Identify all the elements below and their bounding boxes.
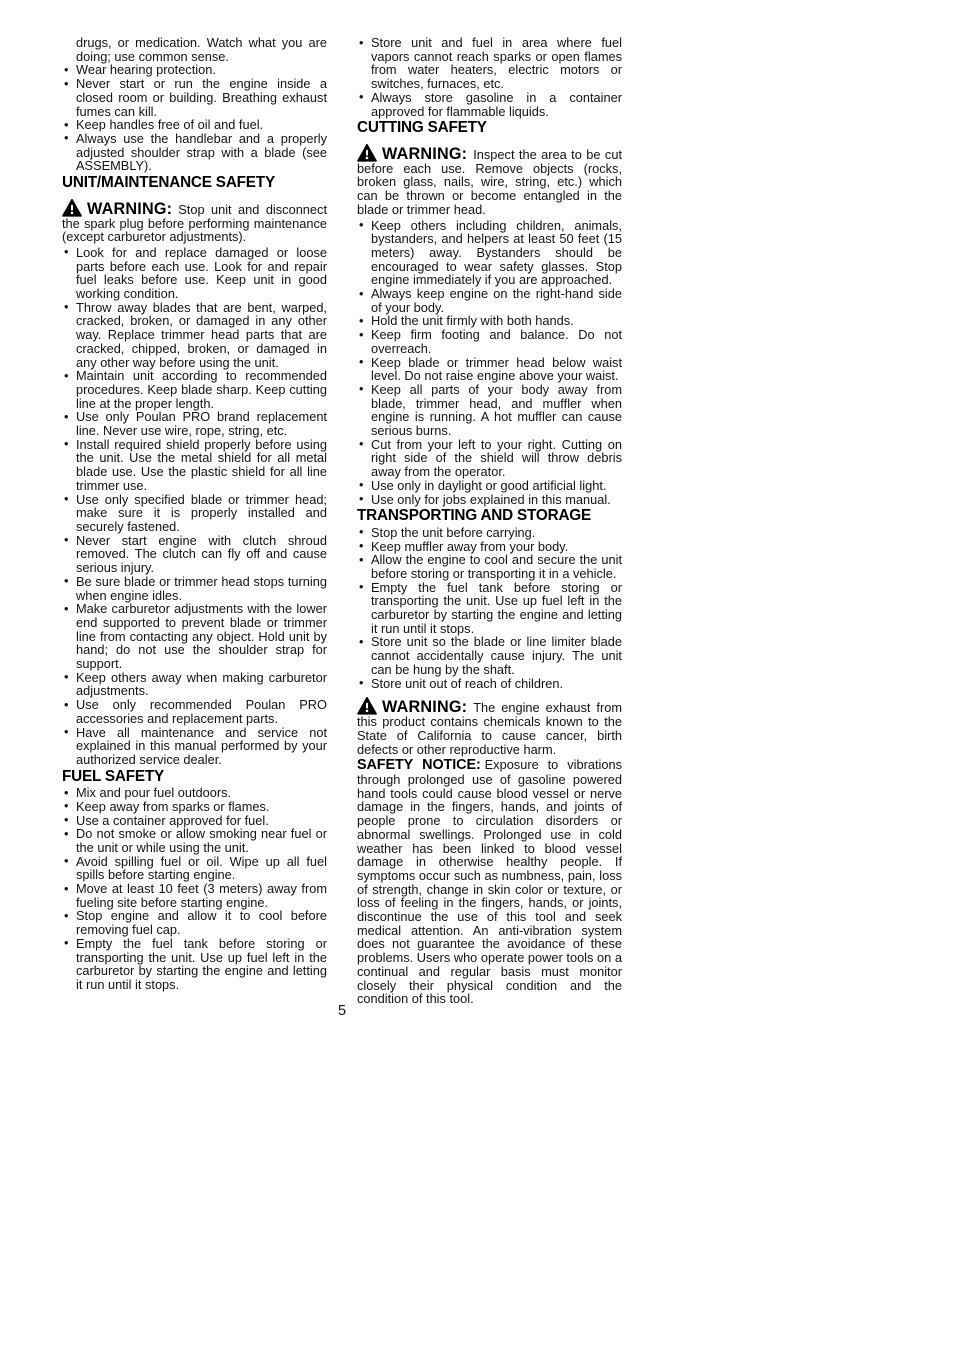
bullet-item: Keep muffler away from your body. bbox=[357, 540, 622, 554]
bullet-item: Hold the unit firmly with both hands. bbox=[357, 314, 622, 328]
warning-triangle-icon bbox=[357, 144, 382, 162]
bullet-item: Look for and replace damaged or loose pa… bbox=[62, 246, 327, 301]
bullet-item: Store unit so the blade or line limiter … bbox=[357, 635, 622, 676]
warning-block: WARNING:Inspect the area to be cut befor… bbox=[357, 144, 622, 217]
right-column: Store unit and fuel in area where fuel v… bbox=[357, 36, 622, 1006]
bullet-item: Always store gasoline in a container app… bbox=[357, 91, 622, 118]
section-heading: TRANSPORTING AND STORAGE bbox=[357, 508, 622, 525]
bullet-item: Keep all parts of your body away from bl… bbox=[357, 383, 622, 438]
section-heading: FUEL SAFETY bbox=[62, 769, 327, 786]
safety-notice-block: SAFETY NOTICE:Exposure to vibrations thr… bbox=[357, 758, 622, 1006]
safety-notice-label: SAFETY NOTICE: bbox=[357, 757, 481, 773]
bullet-item: Always use the handlebar and a properly … bbox=[62, 132, 327, 173]
bullet-item: Use only recommended Poulan PRO accessor… bbox=[62, 698, 327, 725]
warning-triangle-icon bbox=[357, 697, 382, 715]
bullet-item: Cut from your left to your right. Cuttin… bbox=[357, 438, 622, 479]
continuation-paragraph: drugs, or medication. Watch what you are… bbox=[62, 36, 327, 63]
bullet-item: Throw away blades that are bent, warped,… bbox=[62, 301, 327, 370]
bullet-item: Use a container approved for fuel. bbox=[62, 814, 327, 828]
bullet-item: Use only Poulan PRO brand replacement li… bbox=[62, 410, 327, 437]
manual-page-content: drugs, or medication. Watch what you are… bbox=[62, 36, 622, 1006]
safety-notice-text: Exposure to vibrations through prolonged… bbox=[357, 757, 622, 1006]
bullet-item: Always keep engine on the right-hand sid… bbox=[357, 287, 622, 314]
bullet-item: Use only for jobs explained in this manu… bbox=[357, 493, 622, 507]
bullet-item: Mix and pour fuel outdoors. bbox=[62, 786, 327, 800]
bullet-item: Empty the fuel tank before storing or tr… bbox=[62, 937, 327, 992]
bullet-item: Allow the engine to cool and secure the … bbox=[357, 553, 622, 580]
bullet-item: Avoid spilling fuel or oil. Wipe up all … bbox=[62, 855, 327, 882]
bullet-item: Stop engine and allow it to cool before … bbox=[62, 909, 327, 936]
bullet-item: Stop the unit before carrying. bbox=[357, 526, 622, 540]
bullet-item: Empty the fuel tank before storing or tr… bbox=[357, 581, 622, 636]
bullet-item: Do not smoke or allow smoking near fuel … bbox=[62, 827, 327, 854]
section-heading: UNIT/MAINTENANCE SAFETY bbox=[62, 175, 327, 192]
bullet-item: Be sure blade or trimmer head stops turn… bbox=[62, 575, 327, 602]
bullet-item: Install required shield properly before … bbox=[62, 438, 327, 493]
bullet-item: Store unit and fuel in area where fuel v… bbox=[357, 36, 622, 91]
bullet-item: Move at least 10 feet (3 meters) away fr… bbox=[62, 882, 327, 909]
warning-block: WARNING:Stop unit and disconnect the spa… bbox=[62, 199, 327, 244]
left-column: drugs, or medication. Watch what you are… bbox=[62, 36, 327, 1006]
bullet-item: Maintain unit according to recommended p… bbox=[62, 369, 327, 410]
bullet-item: Use only specified blade or trimmer head… bbox=[62, 493, 327, 534]
bullet-item: Store unit out of reach of children. bbox=[357, 677, 622, 691]
bullet-item: Have all maintenance and service not exp… bbox=[62, 726, 327, 767]
warning-triangle-icon bbox=[62, 199, 87, 217]
bullet-item: Keep away from sparks or flames. bbox=[62, 800, 327, 814]
bullet-item: Use only in daylight or good artificial … bbox=[357, 479, 622, 493]
warning-block: WARNING:The engine exhaust from this pro… bbox=[357, 697, 622, 756]
bullet-item: Never start engine with clutch shroud re… bbox=[62, 534, 327, 575]
bullet-item: Keep others away when making carburetor … bbox=[62, 671, 327, 698]
bullet-item: Keep blade or trimmer head below waist l… bbox=[357, 356, 622, 383]
bullet-item: Keep firm footing and balance. Do not ov… bbox=[357, 328, 622, 355]
bullet-item: Keep handles free of oil and fuel. bbox=[62, 118, 327, 132]
section-heading: CUTTING SAFETY bbox=[357, 120, 622, 137]
bullet-item: Never start or run the engine inside a c… bbox=[62, 77, 327, 118]
bullet-item: Make carburetor adjustments with the low… bbox=[62, 602, 327, 671]
page-number: 5 bbox=[62, 1003, 622, 1019]
bullet-item: Wear hearing protection. bbox=[62, 63, 327, 77]
bullet-item: Keep others including children, animals,… bbox=[357, 219, 622, 288]
